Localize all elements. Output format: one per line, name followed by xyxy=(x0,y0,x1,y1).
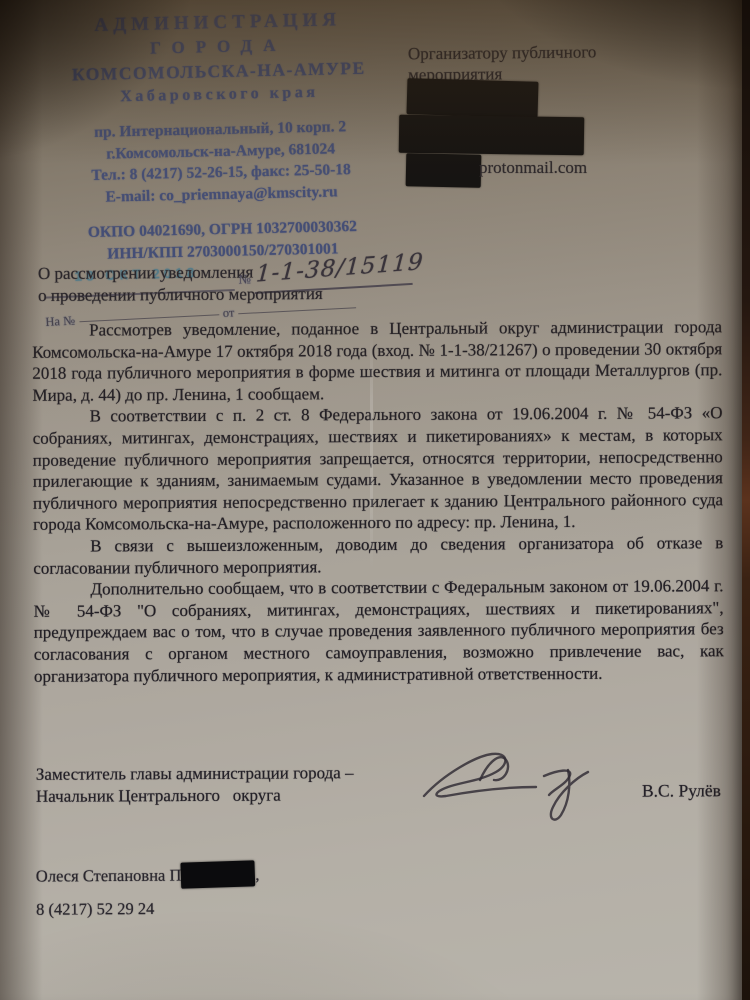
redaction-block-email-prefix xyxy=(406,153,482,188)
handwritten-signature xyxy=(418,732,603,837)
executor-name-comma: , xyxy=(255,865,259,884)
paragraph: Рассмотрев уведомление, поданное в Центр… xyxy=(32,316,722,406)
letter-body: Рассмотрев уведомление, поданное в Центр… xyxy=(32,316,724,687)
blank-line xyxy=(238,307,356,314)
executor-name-line: Олеся Степановна П, xyxy=(36,863,260,891)
redaction-block-surname xyxy=(181,860,256,888)
redaction-block-address xyxy=(399,115,585,156)
subject-block: О рассмотрении уведомления о проведении … xyxy=(38,261,323,306)
executor-name-visible: Олеся Степановна П xyxy=(36,866,182,886)
executor-phone: 8 (4217) 52 29 24 xyxy=(36,898,260,920)
paragraph: Дополнительно сообщаем, что в соответств… xyxy=(33,575,724,687)
photographed-letter: АДМИНИСТРАЦИЯ ГОРОДА КОМСОМОЛЬСКА-НА-АМУ… xyxy=(0,0,750,1000)
recipient-email-suffix: protonmail.com xyxy=(479,158,587,178)
signer-name: В.С. Рулёв xyxy=(642,780,721,802)
executor-contact-block: Олеся Степановна П, 8 (4217) 52 29 24 xyxy=(36,863,260,920)
paragraph: В связи с вышеизложенным, доводим до све… xyxy=(33,532,723,579)
subject-line: о проведении публичного мероприятия xyxy=(38,283,323,306)
signature-block: Заместитель главы администрации города –… xyxy=(36,760,726,834)
paragraph: В соответствии с п. 2 ст. 8 Федерального… xyxy=(32,403,723,536)
subject-line: О рассмотрении уведомления xyxy=(38,261,323,284)
redaction-block-name xyxy=(407,78,539,118)
recipient-line: Организатору публичного xyxy=(408,41,658,65)
signer-position-line: Начальник Центрального округа xyxy=(36,782,726,807)
